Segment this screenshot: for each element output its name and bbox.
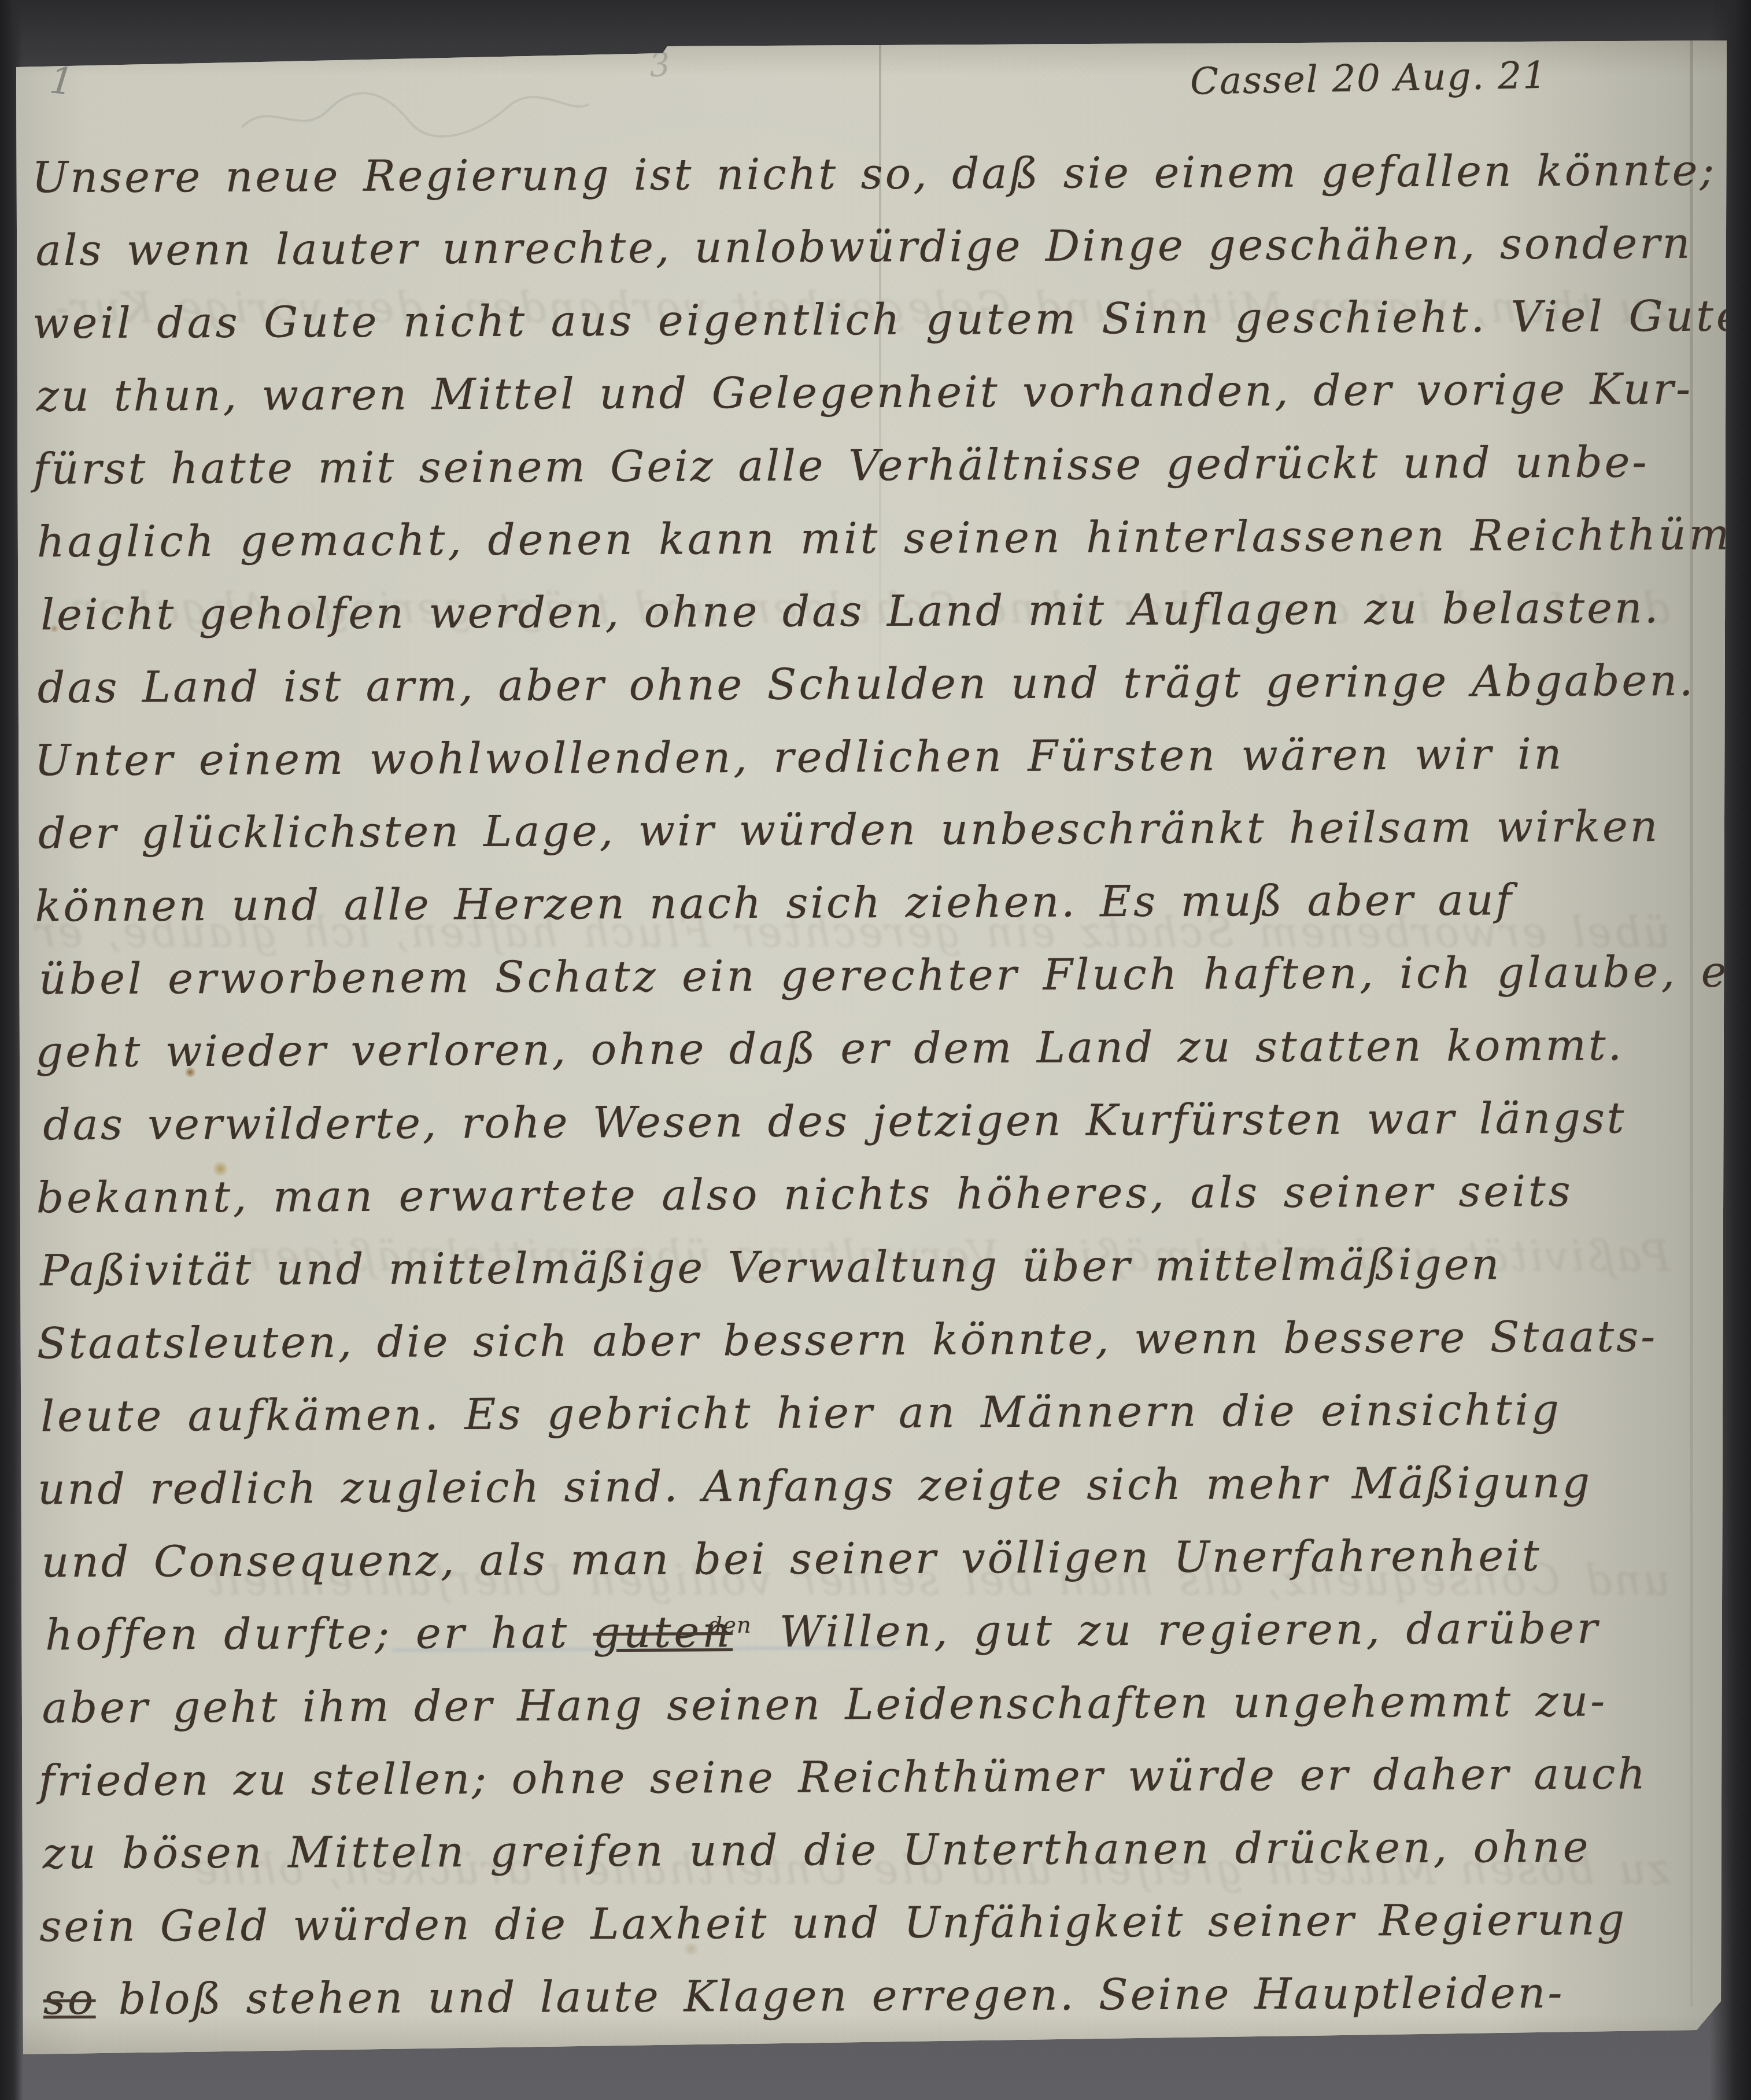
letter-line: haglich gemacht, denen kann mit seinen h… xyxy=(37,499,1714,579)
letter-body: Unsere neue Regierung ist nicht so, daß … xyxy=(32,134,1720,2036)
letter-line: zu bösen Mitteln greifen und die Unterth… xyxy=(43,1810,1720,1891)
letter-dateline: Cassel 20 Aug. 21 xyxy=(1190,53,1630,103)
line-text: Willen, gut zu regieren, darüber xyxy=(756,1604,1601,1657)
letter-line: frieden zu stellen; ohne seine Reichthüm… xyxy=(39,1737,1719,1818)
line-text: hoffen durfte; er hat xyxy=(45,1608,593,1660)
letter-line: leicht geholfen werden, ohne das Land mi… xyxy=(40,571,1714,652)
letter-line: fürst hatte mit seinem Geiz alle Verhält… xyxy=(33,426,1713,506)
letter-line: Paßivität und mittelmäßige Verwaltung üb… xyxy=(40,1227,1717,1308)
pencil-page-number: 1 xyxy=(47,59,75,104)
letter-page: zu thun, waren Mittel und Gelegenheit vo… xyxy=(16,40,1728,2054)
struck-word: so xyxy=(43,1974,96,2024)
letter-line: leute aufkämen. Es gebricht hier an Männ… xyxy=(40,1373,1717,1453)
letter-line: das verwilderte, rohe Wesen des jetzigen… xyxy=(43,1082,1716,1162)
pencil-scribble xyxy=(236,75,594,145)
scan-stage: zu thun, waren Mittel und Gelegenheit vo… xyxy=(0,0,1751,2100)
letter-line: aber geht ihm der Hang seinen Leidenscha… xyxy=(42,1665,1719,1745)
letter-line-with-strikeout: so bloß stehen und laute Klagen erregen.… xyxy=(43,1956,1720,2036)
letter-line: und Consequenz, als man bei seiner völli… xyxy=(41,1519,1718,1599)
letter-line: bekannt, man erwartete also nichts höher… xyxy=(36,1154,1717,1235)
line-text: bloß stehen und laute Klagen erregen. Se… xyxy=(95,1968,1564,2024)
letter-line: Unsere neue Regierung ist nicht so, daß … xyxy=(32,134,1712,215)
letter-line: Unter einem wohlwollenden, redlichen Für… xyxy=(34,717,1715,798)
letter-line: übel erworbenem Schatz ein gerechter Flu… xyxy=(39,936,1716,1016)
letter-line: das Land ist arm, aber ohne Schulden und… xyxy=(38,644,1715,725)
inserted-word: den xyxy=(708,1612,751,1638)
letter-line: als wenn lauter unrechte, unlobwürdige D… xyxy=(35,207,1712,287)
letter-line: zu thun, waren Mittel und Gelegenheit vo… xyxy=(36,353,1713,433)
letter-line: können und alle Herzen nach sich ziehen.… xyxy=(35,863,1715,943)
letter-line-with-correction: hoffen durfte; er hat gutenden Willen, g… xyxy=(45,1592,1719,1672)
letter-line: und redlich zugleich sind. Anfangs zeigt… xyxy=(38,1446,1718,1526)
letter-line: der glücklichsten Lage, wir würden unbes… xyxy=(38,790,1715,870)
letter-line: Staatsleuten, die sich aber bessern könn… xyxy=(37,1300,1717,1381)
letter-line: geht wieder verloren, ohne daß er dem La… xyxy=(35,1009,1716,1089)
letter-line: weil das Gute nicht aus eigentlich gutem… xyxy=(32,280,1713,360)
letter-line: sein Geld würden die Laxheit und Unfähig… xyxy=(39,1883,1720,1964)
